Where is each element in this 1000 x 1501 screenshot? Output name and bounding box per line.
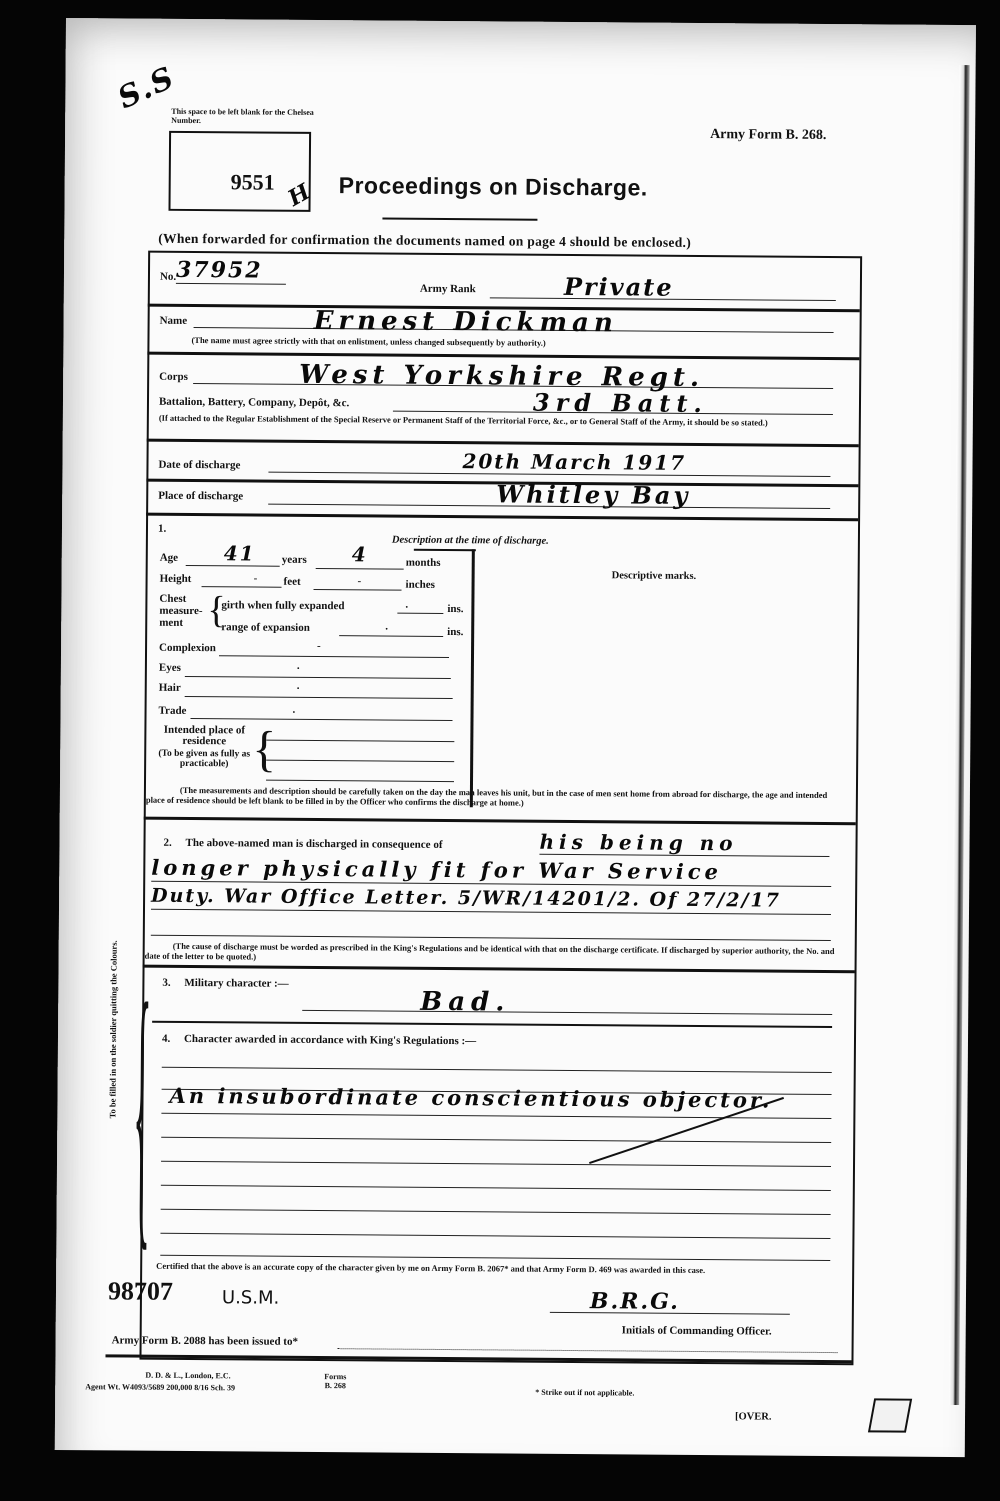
form-id: Army Form B. 268.: [710, 127, 826, 144]
discharge-place: Whitley Bay: [496, 479, 690, 510]
section-2-number: 2.: [163, 837, 171, 849]
name-label: Name: [160, 315, 188, 327]
inches-label: inches: [406, 579, 435, 591]
eyes-value: .: [297, 660, 300, 672]
battalion-value: 3rd Batt.: [533, 388, 708, 418]
place-label: Place of discharge: [158, 490, 243, 503]
army-rank: Private: [564, 272, 674, 302]
residence-label: Intended place of residence: [156, 725, 252, 748]
hair-label: Hair: [159, 682, 181, 694]
residence-brace: {: [252, 723, 276, 773]
section-3-number: 3.: [162, 977, 170, 989]
no-label: No.: [160, 271, 176, 283]
date-label: Date of discharge: [158, 459, 240, 472]
age-years: 41: [224, 541, 256, 565]
character-brace: {: [132, 969, 151, 1249]
folded-corner: [868, 1398, 912, 1432]
girth-label: girth when fully expanded: [221, 599, 344, 612]
complexion-label: Complexion: [159, 642, 216, 654]
height-inches: -: [358, 575, 362, 587]
eyes-label: Eyes: [159, 662, 181, 674]
feet-label: feet: [284, 576, 301, 588]
cause-text-line-2: longer physically fit for War Service: [151, 855, 722, 884]
cause-text-line-1: his being no: [539, 830, 737, 856]
discharge-date: 20th March 1917: [462, 449, 686, 475]
age-label: Age: [160, 552, 178, 564]
girth-value: .: [405, 599, 408, 611]
discharge-form-page: S.S This space to be left blank for the …: [55, 18, 976, 1457]
cause-label: The above-named man is discharged in con…: [185, 837, 442, 851]
military-character-value: Bad.: [420, 987, 510, 1018]
page-title: Proceedings on Discharge.: [339, 172, 648, 201]
residence-note: (To be given as fully as practicable): [156, 749, 252, 770]
years-label: years: [282, 554, 307, 566]
regimental-number: 37952: [176, 257, 263, 284]
military-character-label: Military character :—: [184, 977, 288, 990]
stamp-initials: U.S.M.: [222, 1287, 279, 1308]
printer-line-1: D. D. & L., London, E.C.: [145, 1371, 230, 1381]
corps-label: Corps: [159, 371, 188, 383]
instruction-text: (When forwarded for confirmation the doc…: [158, 231, 691, 251]
chest-label: Chest measure-ment: [159, 593, 209, 629]
rank-label: Army Rank: [420, 283, 476, 295]
chelsea-number-note: This space to be left blank for the Chel…: [171, 107, 321, 126]
range-ins-label: ins.: [447, 626, 463, 638]
height-feet: -: [254, 572, 258, 584]
girth-ins-label: ins.: [447, 603, 463, 615]
form-b2088-issued-label: Army Form B. 2088 has been issued to*: [112, 1334, 298, 1347]
battalion-label: Battalion, Battery, Company, Depôt, &c.: [159, 396, 349, 409]
chelsea-number-box: 9551 H: [168, 131, 311, 212]
forms-reference: Forms B. 268: [321, 1372, 349, 1390]
height-label: Height: [160, 573, 192, 585]
hair-value: .: [297, 680, 300, 692]
description-heading: Description at the time of discharge.: [392, 535, 549, 547]
chelsea-suffix: H: [284, 178, 317, 212]
soldier-name: Ernest Dickman: [314, 306, 618, 338]
commanding-officer-signature: B.R.G.: [590, 1288, 680, 1315]
character-awarded-value: An insubordinate conscientious objector.: [169, 1083, 772, 1113]
descriptive-marks-heading: Descriptive marks.: [612, 570, 697, 582]
title-underline: [382, 217, 537, 220]
months-label: months: [406, 557, 441, 569]
initials-label: Initials of Commanding Officer.: [622, 1324, 772, 1337]
range-label: range of expansion: [221, 621, 310, 634]
character-awarded-label: Character awarded in accordance with Kin…: [184, 1033, 476, 1047]
chelsea-number: 9551: [231, 169, 275, 195]
section-1-number: 1.: [158, 523, 166, 535]
age-months: 4: [352, 542, 368, 566]
over-marker: [OVER.: [735, 1411, 772, 1422]
trade-label: Trade: [159, 705, 187, 717]
section-4-number: 4.: [162, 1033, 170, 1045]
printer-line-2: Agent Wt. W4093/5689 200,000 8/16 Sch. 3…: [85, 1382, 235, 1392]
strike-out-note: * Strike out if not applicable.: [535, 1388, 634, 1398]
complexion-value: -: [317, 640, 321, 652]
stamp-number: 98707: [108, 1276, 173, 1307]
colours-side-note: To be filled in on the soldier quitting …: [107, 818, 119, 1118]
range-value: .: [385, 621, 388, 633]
page-fold-edge: [949, 65, 970, 1405]
trade-value: .: [293, 704, 296, 716]
